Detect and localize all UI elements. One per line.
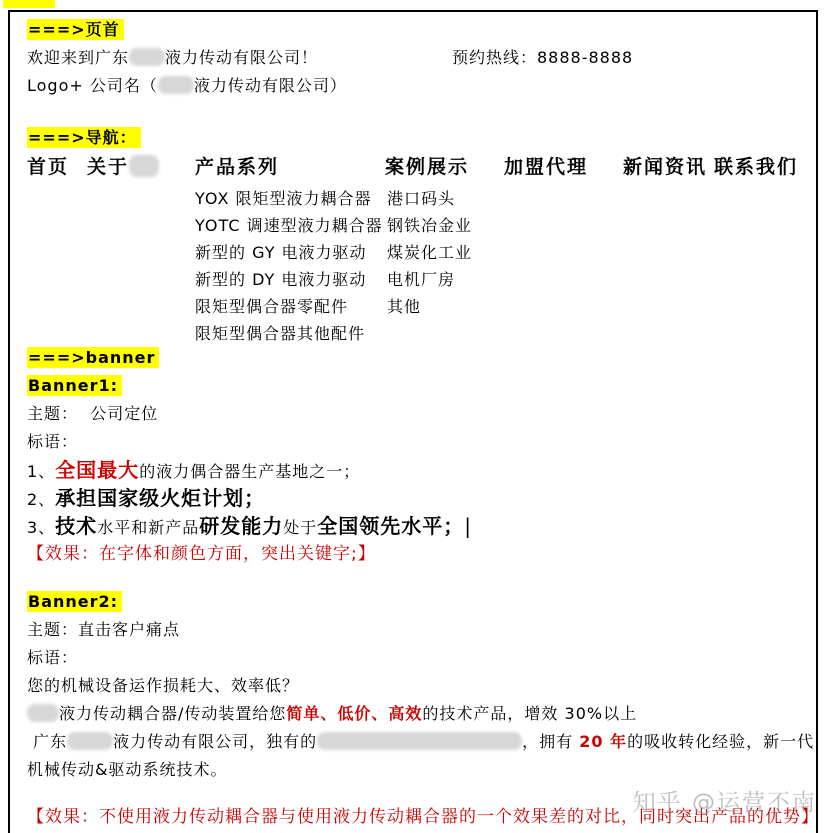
hotline-text: 预约热线：8888-8888 [452,44,633,72]
slogan-text: 的液力偶合器生产基地之一； [139,462,360,481]
nav-structure: 首页 关于 产品系列 案例展示 加盟代理 新闻资讯 联系我们 YOX 限矩型液力… [27,152,808,344]
product-submenu-item: YOTC 调速型液力耦合器 [195,212,383,239]
slogan-number: 3、 [27,518,55,537]
slogan-text: 水平和新产品 [97,518,199,537]
slogan-red-keyword: 全国最大 [55,458,139,482]
banner1-theme-line: 主题： 公司定位 [27,400,808,428]
welcome-prefix: 欢迎来到广东 [27,48,129,67]
paragraph-text: ，拥有 [522,732,579,751]
slogan-bold-text: 全国领先水平； [317,514,464,538]
redaction-blur [27,704,59,722]
header-section-label-line: ===>页首 [27,16,808,44]
document-page: ===>页首 欢迎来到广东液力传动有限公司！ 预约热线：8888-8888 Lo… [8,10,818,833]
paragraph-text: 液力传动有限公司，独有的 [113,732,317,751]
slogan-bold-text: 研发能力 [199,514,283,538]
nav-section-label: ===>导航： [27,127,141,148]
banner2-heading: Banner2: [27,591,122,612]
slogan-number: 2、 [27,490,55,509]
banner1-slogan-label-line: 标语： [27,428,808,456]
logo-line-suffix: 液力传动有限公司） [194,76,347,95]
welcome-suffix: 液力传动有限公司！ [165,48,318,67]
paragraph-text: 广东 [33,732,67,751]
banner1-slogan-3: 3、技术水平和新产品研发能力处于全国领先水平；| [27,512,808,540]
theme-value: 直击客户痛点 [78,620,180,639]
header-section-label: ===>页首 [27,19,124,40]
paragraph-red-keyword: 20 年 [579,732,627,751]
nav-item-agency: 加盟代理 [504,152,588,179]
redaction-blur [129,155,159,177]
banner2-pain-question: 您的机械设备运作损耗大、效率低？ [27,672,808,700]
slogan-bold-text: 技术 [55,514,97,538]
cutoff-highlight-fragment [3,0,55,8]
paragraph-text: 液力传动耦合器/传动装置给您 [59,704,286,723]
banner2-paragraph-1: 液力传动耦合器/传动装置给您简单、低价、高效的技术产品，增效 30%以上 [27,700,808,728]
case-submenu-item: 港口码头 [387,185,472,212]
banner1-effect-note: 【效果：在字体和颜色方面，突出关键字;】 [27,540,808,568]
case-submenu-item: 钢铁冶金业 [387,212,472,239]
logo-line-prefix: Logo+ 公司名（ [27,76,158,95]
redaction-blur [67,732,113,750]
nav-item-about: 关于 [87,152,159,179]
nav-section-label-line: ===>导航： [27,124,808,152]
theme-value: 公司定位 [90,404,158,423]
nav-item-contact: 联系我们 [714,152,798,179]
product-submenu-item: 限矩型偶合器零配件 [195,293,383,320]
nav-item-news: 新闻资讯 [623,152,707,179]
nav-item-home: 首页 [27,152,69,179]
banner1-heading-line: Banner1: [27,372,808,400]
case-submenu-item: 煤炭化工业 [387,239,472,266]
banner1-heading: Banner1: [27,375,122,396]
welcome-line: 欢迎来到广东液力传动有限公司！ 预约热线：8888-8888 [27,44,808,72]
paragraph-red-keyword: 简单、低价、高效 [286,704,422,723]
banner1-slogan-1: 1、全国最大的液力偶合器生产基地之一； [27,456,808,484]
text-cursor: | [464,514,472,538]
product-submenu-item: YOX 限矩型液力耦合器 [195,185,383,212]
paragraph-text: 的技术产品，增效 30%以上 [422,704,637,723]
redaction-blur [317,732,522,750]
nav-item-cases: 案例展示 [385,152,469,179]
slogan-label: 标语： [27,432,78,451]
slogan-label: 标语： [27,648,78,667]
slogan-text: 处于 [283,518,317,537]
banner2-heading-line: Banner2: [27,588,808,616]
case-submenu-item: 其他 [387,293,472,320]
case-submenu: 港口码头 钢铁冶金业 煤炭化工业 电机厂房 其他 [387,185,472,320]
theme-label: 主题： [27,404,78,423]
product-submenu-item: 限矩型偶合器其他配件 [195,320,383,347]
banner-section-label-line: ===>banner [27,344,808,372]
redaction-blur [158,76,194,94]
slogan-bold-text: 承担国家级火炬计划； [55,486,265,510]
banner1-slogan-2: 2、承担国家级火炬计划； [27,484,808,512]
banner2-theme-line: 主题：直击客户痛点 [27,616,808,644]
product-submenu: YOX 限矩型液力耦合器 YOTC 调速型液力耦合器 新型的 GY 电液力驱动 … [195,185,383,347]
banner2-slogan-label-line: 标语： [27,644,808,672]
product-submenu-item: 新型的 GY 电液力驱动 [195,239,383,266]
banner-section-label: ===>banner [27,347,159,368]
banner2-paragraph-2: 广东液力传动有限公司，独有的，拥有 20 年的吸收转化经验，新一代机械传动&驱动… [27,728,819,784]
redaction-blur [129,48,165,66]
theme-label: 主题： [27,620,78,639]
logo-line: Logo+ 公司名（液力传动有限公司） [27,72,808,100]
nav-item-about-label: 关于 [87,156,129,178]
watermark: 知乎 @运营不南 [633,784,817,817]
slogan-number: 1、 [27,462,55,481]
product-submenu-item: 新型的 DY 电液力驱动 [195,266,383,293]
nav-item-products: 产品系列 [195,152,279,179]
case-submenu-item: 电机厂房 [387,266,472,293]
